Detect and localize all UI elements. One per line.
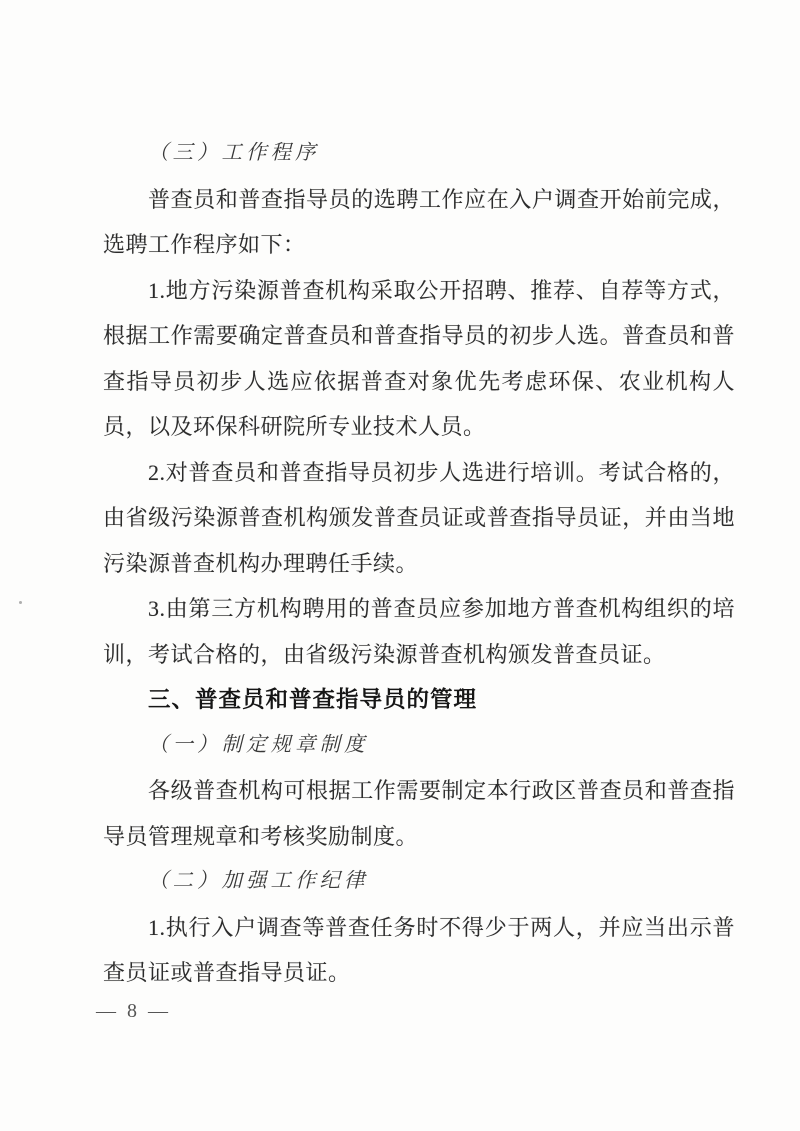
document-content: （三）工作程序普查员和普查指导员的选聘工作应在入户调查开始前完成，选聘工作程序如… <box>103 131 735 996</box>
paragraph-regulations: 各级普查机构可根据工作需要制定本行政区普查员和普查指导员管理规章和考核奖励制度。 <box>103 768 735 859</box>
text-line: 查员证或普查指导员证。 <box>103 950 735 996</box>
paragraph-procedure-item-1: 1.地方污染源普查机构采取公开招聘、推荐、自荐等方式，根据工作需要确定普查员和普… <box>103 268 735 450</box>
text-line: 员，以及环保科研院所专业技术人员。 <box>103 404 735 450</box>
text-line: 2.对普查员和普查指导员初步人选进行培训。考试合格的， <box>103 450 735 496</box>
text-line: （二）加强工作纪律 <box>103 859 735 905</box>
scanned-document-page: （三）工作程序普查员和普查指导员的选聘工作应在入户调查开始前完成，选聘工作程序如… <box>0 0 800 1131</box>
text-line: 选聘工作程序如下： <box>103 222 735 268</box>
text-line: （一）制定规章制度 <box>103 723 735 769</box>
text-line: 1.地方污染源普查机构采取公开招聘、推荐、自荐等方式， <box>103 268 735 314</box>
subheading-2-discipline: （二）加强工作纪律 <box>103 859 735 905</box>
subheading-1-regulations: （一）制定规章制度 <box>103 723 735 769</box>
text-line: 导员管理规章和考核奖励制度。 <box>103 814 735 860</box>
text-line: 三、普查员和普查指导员的管理 <box>103 677 735 723</box>
text-line: 根据工作需要确定普查员和普查指导员的初步人选。普查员和普 <box>103 313 735 359</box>
text-line: 1.执行入户调查等普查任务时不得少于两人，并应当出示普 <box>103 905 735 951</box>
paragraph-procedure-item-2: 2.对普查员和普查指导员初步人选进行培训。考试合格的，由省级污染源普查机构颁发普… <box>103 450 735 587</box>
text-line: 查指导员初步人选应依据普查对象优先考虑环保、农业机构人 <box>103 359 735 405</box>
text-line: 3.由第三方机构聘用的普查员应参加地方普查机构组织的培 <box>103 586 735 632</box>
text-line: 普查员和普查指导员的选聘工作应在入户调查开始前完成， <box>103 177 735 223</box>
subheading-3-work-procedure: （三）工作程序 <box>103 131 735 177</box>
scan-speck <box>19 601 22 604</box>
text-line: 训，考试合格的，由省级污染源普查机构颁发普查员证。 <box>103 632 735 678</box>
paragraph-procedure-item-3: 3.由第三方机构聘用的普查员应参加地方普查机构组织的培训，考试合格的，由省级污染… <box>103 586 735 677</box>
paragraph-recruitment-intro: 普查员和普查指导员的选聘工作应在入户调查开始前完成，选聘工作程序如下： <box>103 177 735 268</box>
text-line: 各级普查机构可根据工作需要制定本行政区普查员和普查指 <box>103 768 735 814</box>
text-line: 由省级污染源普查机构颁发普查员证或普查指导员证，并由当地 <box>103 495 735 541</box>
section-heading-3-management: 三、普查员和普查指导员的管理 <box>103 677 735 723</box>
text-line: 污染源普查机构办理聘任手续。 <box>103 541 735 587</box>
text-line: （三）工作程序 <box>103 131 735 177</box>
paragraph-discipline-item-1: 1.执行入户调查等普查任务时不得少于两人，并应当出示普查员证或普查指导员证。 <box>103 905 735 996</box>
page-number-footer: — 8 — <box>96 996 171 1026</box>
